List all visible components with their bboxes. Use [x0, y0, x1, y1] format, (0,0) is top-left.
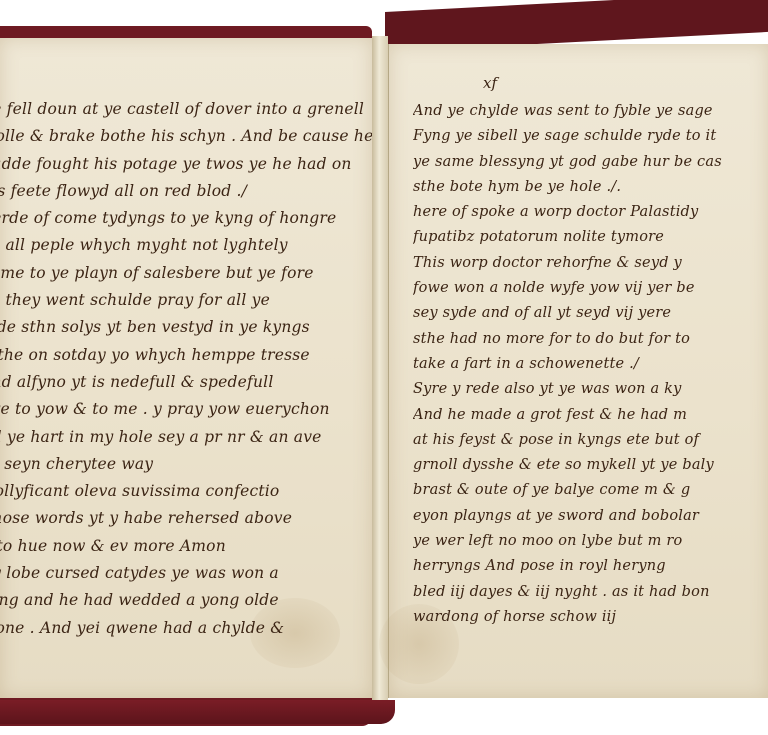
text-line: Those words yt y habe rehersed above [0, 505, 382, 532]
folio-mark: xf [483, 74, 497, 92]
text-line: or seyn cherytee way [0, 451, 382, 478]
text-line: brast & oute of ye balye come m & g [413, 478, 768, 503]
text-line: bled iij dayes & iij nyght . as it had b… [413, 580, 768, 605]
text-line: ye wer left no moo on lybe but m ro [413, 529, 768, 554]
text-line: ye all peple whych myght not lyghtely [0, 232, 382, 259]
text-line: wone . And yei qwene had a chylde & [0, 615, 382, 642]
text-line: sthe bote hym be ye hole ./. [413, 175, 768, 200]
text-line: tythe on sotday yo whych hemppe tresse [0, 342, 382, 369]
text-line: sey syde and of all yt seyd vij yere [413, 301, 768, 326]
text-line: oye to yow & to me . y pray yow euerycho… [0, 396, 382, 423]
text-line: take a fart in a schowenette ./ [413, 352, 768, 377]
text-line: e to hue now & ev more Amon [0, 533, 382, 560]
text-line: grnoll dysshe & ete so mykell yt ye baly [413, 453, 768, 478]
text-line: he fell doun at ye castell of dover into… [0, 96, 382, 123]
text-line: and alfyno yt is nedefull & spedefull [0, 369, 382, 396]
text-line: all ye hart in my hole sey a pr nr & an … [0, 424, 382, 451]
text-line: herde of come tydyngs to ye kyng of hong… [0, 205, 382, 232]
text-line: ye they went schulde pray for all ye [0, 287, 382, 314]
text-line: come to ye playn of salesbere but ye for… [0, 260, 382, 287]
text-line: Fyng ye sibell ye sage schulde ryde to i… [413, 124, 768, 149]
text-line: olde sthn solys yt ben vestyd in ye kyng… [0, 314, 382, 341]
binding-bottom [0, 700, 395, 724]
book-gutter [372, 36, 388, 700]
text-line: Dollyficant oleva suvissima confectio [0, 478, 382, 505]
text-line: wardong of horse schow iij [413, 605, 768, 630]
text-line: fupatibz potatorum nolite tymore [413, 225, 768, 250]
text-line: at his feyst & pose in kyngs ete but of [413, 428, 768, 453]
text-line: ryng and he had wedded a yong olde [0, 587, 382, 614]
left-page: he fell doun at ye castell of dover into… [0, 38, 374, 698]
text-line: fowe won a nolde wyfe yow vij yer be [413, 276, 768, 301]
text-line: Syre y rede also yt ye was won a ky [413, 377, 768, 402]
right-page-text: And ye chylde was sent to fyble ye sage … [413, 99, 768, 630]
text-line: here of spoke a worp doctor Palastidy [413, 200, 768, 225]
text-line: ye same blessyng yt god gabe hur be cas [413, 150, 768, 175]
text-line: hadde fought his potage ye twos ye he ha… [0, 151, 382, 178]
text-line: And he made a grot fest & he had m [413, 403, 768, 428]
text-line: eyon playngs at ye sword and bobolar [413, 504, 768, 529]
open-manuscript: he fell doun at ye castell of dover into… [0, 0, 768, 735]
text-line: his feete flowyd all on red blod ./ [0, 178, 382, 205]
text-line: herryngs And pose in royl heryng [413, 554, 768, 579]
text-line: by lobe cursed catydes ye was won a [0, 560, 382, 587]
text-line: And ye chylde was sent to fyble ye sage [413, 99, 768, 124]
text-line: wolle & brake bothe his schyn . And be c… [0, 123, 382, 150]
right-page: xf And ye chylde was sent to fyble ye sa… [388, 44, 768, 698]
left-page-text: he fell doun at ye castell of dover into… [0, 96, 382, 642]
text-line: sthe had no more for to do but for to [413, 327, 768, 352]
text-line: This worp doctor rehorfne & seyd y [413, 251, 768, 276]
